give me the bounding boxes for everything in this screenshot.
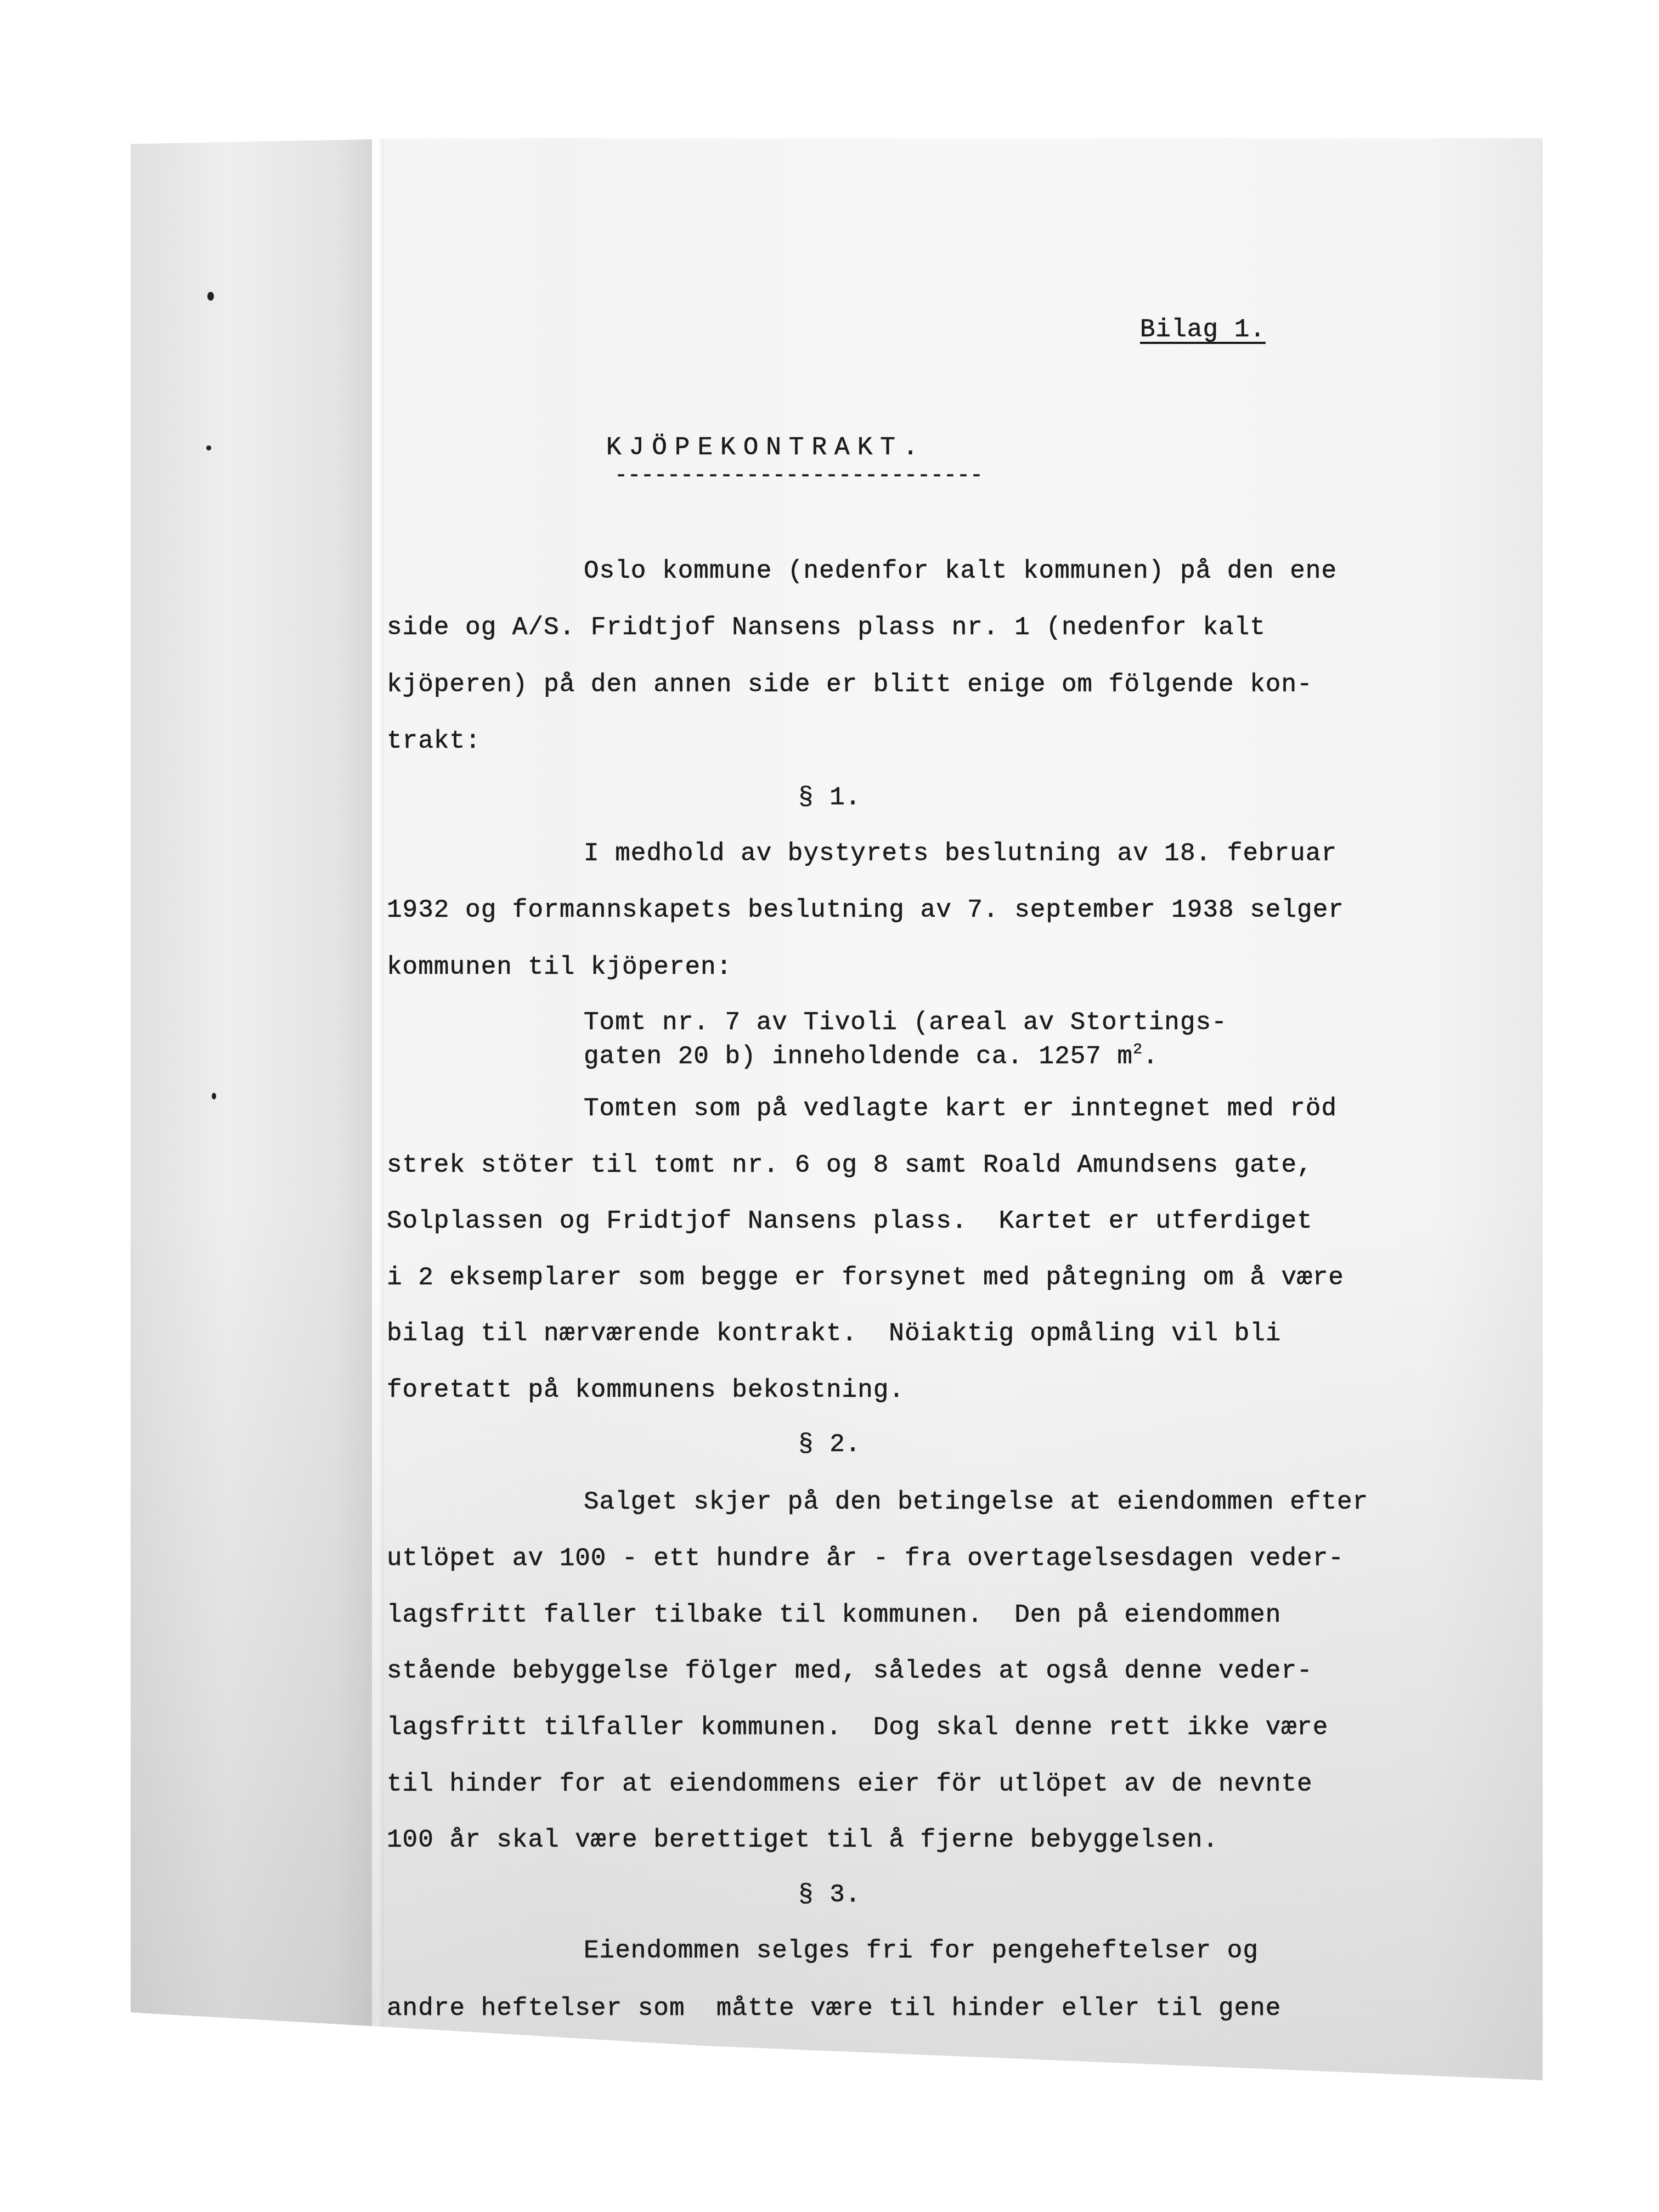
section-2-line-4: stående bebyggelse fölger med, således a… [387,1657,1313,1685]
area-unit-superscript: 2 [1133,1041,1143,1058]
intro-line-2: side og A/S. Fridtjof Nansens plass nr. … [387,613,1266,642]
punch-hole-mark [207,292,214,301]
section-1-line-2: 1932 og formannskapets beslutning av 7. … [387,896,1344,924]
section-3-line-1: Eiendommen selges fri for pengeheftelser… [584,1937,1259,1965]
document-title: KJÖPEKONTRAKT. [606,433,926,462]
section-1-p2-line-6: foretatt på kommunens bekostning. [387,1376,905,1404]
property-area-end: . [1143,1042,1159,1071]
property-description-line-1: Tomt nr. 7 av Tivoli (areal av Stortings… [584,1009,1227,1036]
section-2-line-6: til hinder for at eiendommens eier för u… [387,1770,1313,1798]
intro-line-1: Oslo kommune (nedenfor kalt kommunen) på… [584,557,1337,585]
section-3-line-2: andre heftelser som måtte være til hinde… [387,1994,1281,2023]
title-underline: ---------------------------- [614,464,983,488]
section-2-line-7: 100 år skal være berettiget til å fjerne… [387,1826,1218,1854]
section-2-line-1: Salget skjer på den betingelse at eiendo… [584,1488,1368,1516]
section-2-heading: § 2. [798,1430,861,1459]
section-1-p2-line-3: Solplassen og Fridtjof Nansens plass. Ka… [387,1207,1313,1235]
section-2-line-5: lagsfritt tilfaller kommunen. Dog skal d… [387,1713,1328,1742]
section-1-p2-line-4: i 2 eksemplarer som begge er forsynet me… [387,1263,1344,1292]
section-1-p2-line-5: bilag til nærværende kontrakt. Nöiaktig … [387,1319,1281,1348]
section-1-p2-line-1: Tomten som på vedlagte kart er inntegnet… [584,1094,1337,1123]
section-1-line-1: I medhold av bystyrets beslutning av 18.… [584,839,1337,868]
section-1-p2-line-2: strek stöter til tomt nr. 6 og 8 samt Ro… [387,1151,1313,1180]
punch-hole-mark [206,445,211,450]
section-1-heading: § 1. [798,783,861,812]
intro-line-4: trakt: [387,727,481,755]
property-area-text: gaten 20 b) inneholdende ca. 1257 m [584,1042,1133,1071]
section-1-line-3: kommunen til kjöperen: [387,953,732,981]
section-3-heading: § 3. [798,1881,861,1909]
section-2-line-2: utlöpet av 100 - ett hundre år - fra ove… [387,1544,1344,1573]
property-description-line-2: gaten 20 b) inneholdende ca. 1257 m2. [584,1037,1159,1070]
section-2-line-3: lagsfritt faller tilbake til kommunen. D… [387,1601,1281,1629]
intro-line-3: kjöperen) på den annen side er blitt eni… [387,670,1313,699]
fold-crease [372,138,384,2080]
annex-label: Bilag 1. [1140,315,1266,344]
punch-hole-mark [212,1093,216,1099]
folded-margin-strip [131,138,372,2080]
